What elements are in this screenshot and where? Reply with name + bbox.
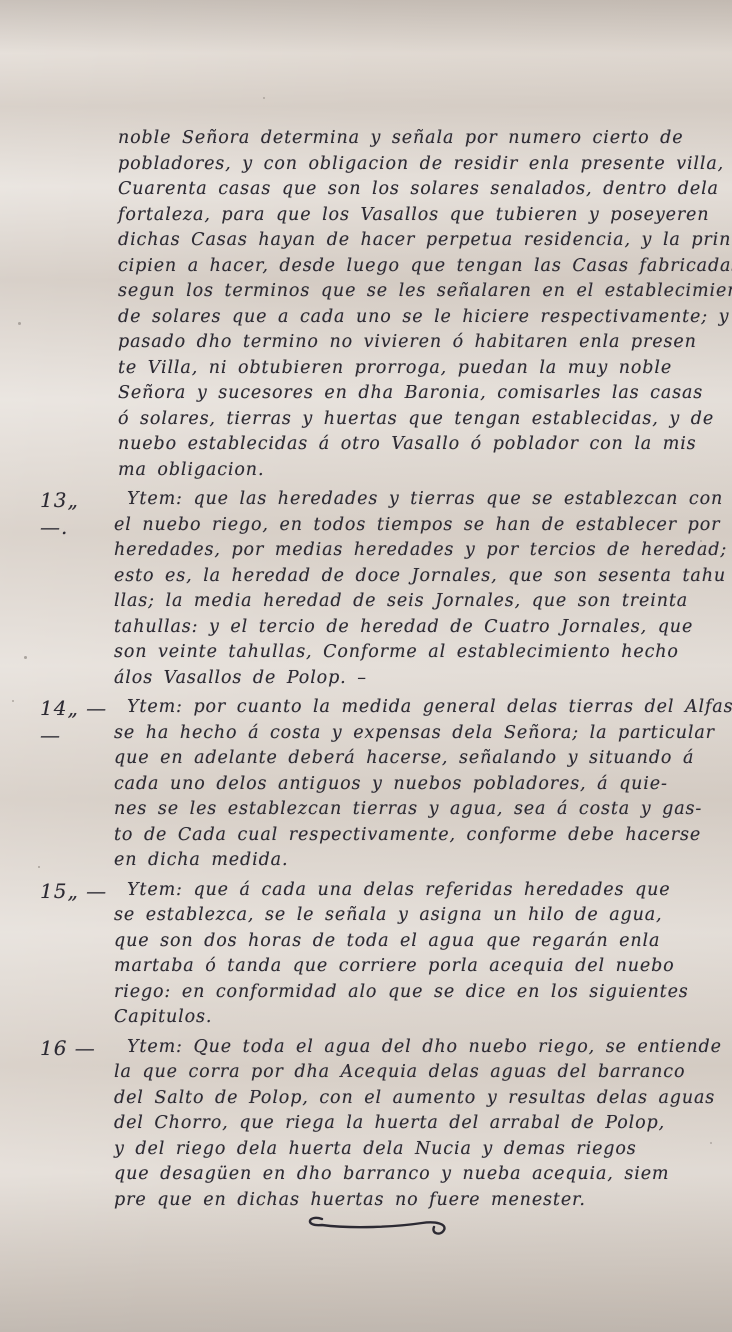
manuscript-line: y del riego dela huerta dela Nucia y dem…: [114, 1137, 732, 1163]
end-flourish-mark: [300, 1208, 460, 1238]
manuscript-line: dichas Casas hayan de hacer perpetua res…: [118, 228, 732, 254]
manuscript-line: segun los terminos que se les señalaren …: [118, 279, 732, 305]
manuscript-page: noble Señora determina y señala por nume…: [0, 0, 732, 1332]
manuscript-line: que son dos horas de toda el agua que re…: [114, 929, 732, 955]
paper-speck: [18, 322, 21, 325]
manuscript-line: cipien a hacer, desde luego que tengan l…: [118, 254, 732, 280]
manuscript-line: la que corra por dha Acequia delas aguas…: [114, 1060, 732, 1086]
item-number: 13„ —.: [40, 487, 114, 691]
item-lines: Ytem: Que toda el agua del dho nuebo rie…: [114, 1035, 732, 1214]
manuscript-line: del Salto de Polop, con el aumento y res…: [114, 1086, 732, 1112]
manuscript-line: heredades, por medias heredades y por te…: [114, 538, 732, 564]
paper-speck: [24, 656, 27, 659]
paper-speck: [38, 866, 40, 868]
manuscript-line: fortaleza, para que los Vasallos que tub…: [118, 203, 732, 229]
manuscript-line: álos Vasallos de Polop. –: [114, 666, 732, 692]
paper-speck: [710, 1142, 712, 1144]
item-number: 14„ — —: [40, 695, 114, 874]
manuscript-line: de solares que a cada uno se le hiciere …: [118, 305, 732, 331]
paper-speck: [12, 700, 14, 702]
manuscript-line: se ha hecho á costa y expensas dela Seño…: [114, 721, 732, 747]
manuscript-line: esto es, la heredad de doce Jornales, qu…: [114, 564, 732, 590]
item-lines: Ytem: que á cada una delas referidas her…: [114, 878, 732, 1031]
manuscript-item-13: 13„ —.Ytem: que las heredades y tierras …: [0, 487, 732, 691]
manuscript-line: tahullas: y el tercio de heredad de Cuat…: [114, 615, 732, 641]
item-number: 16 —: [40, 1035, 114, 1214]
item-lines: Ytem: que las heredades y tierras que se…: [114, 487, 732, 691]
manuscript-line: Ytem: por cuanto la medida general delas…: [114, 695, 732, 721]
manuscript-item-16: 16 —Ytem: Que toda el agua del dho nuebo…: [0, 1035, 732, 1214]
item-lines: Ytem: por cuanto la medida general delas…: [114, 695, 732, 874]
manuscript-line: Ytem: Que toda el agua del dho nuebo rie…: [114, 1035, 732, 1061]
manuscript-line: martaba ó tanda que corriere porla acequ…: [114, 954, 732, 980]
items-container: 13„ —.Ytem: que las heredades y tierras …: [0, 487, 732, 1213]
manuscript-line: riego: en conformidad alo que se dice en…: [114, 980, 732, 1006]
manuscript-text-block: noble Señora determina y señala por nume…: [0, 126, 732, 1213]
paper-speck: [263, 97, 265, 99]
manuscript-line: en dicha medida.: [114, 848, 732, 874]
manuscript-line: Ytem: que á cada una delas referidas her…: [114, 878, 732, 904]
manuscript-line: nuebo establecidas á otro Vasallo ó pobl…: [118, 432, 732, 458]
manuscript-line: Ytem: que las heredades y tierras que se…: [114, 487, 732, 513]
paper-speck: [700, 540, 702, 542]
manuscript-item-14: 14„ — —Ytem: por cuanto la medida genera…: [0, 695, 732, 874]
manuscript-line: que desagüen en dho barranco y nueba ace…: [114, 1162, 732, 1188]
manuscript-line: nes se les establezcan tierras y agua, s…: [114, 797, 732, 823]
manuscript-line: to de Cada cual respectivamente, conform…: [114, 823, 732, 849]
manuscript-line: pobladores, y con obligacion de residir …: [118, 152, 732, 178]
manuscript-item-15: 15„ —Ytem: que á cada una delas referida…: [0, 878, 732, 1031]
manuscript-line: que en adelante deberá hacerse, señaland…: [114, 746, 732, 772]
manuscript-line: Capitulos.: [114, 1005, 732, 1031]
manuscript-line: el nuebo riego, en todos tiempos se han …: [114, 513, 732, 539]
flourish-icon: [300, 1208, 460, 1238]
manuscript-line: Señora y sucesores en dha Baronia, comis…: [118, 381, 732, 407]
manuscript-line: del Chorro, que riega la huerta del arra…: [114, 1111, 732, 1137]
item-number: 15„ —: [40, 878, 114, 1031]
manuscript-line: llas; la media heredad de seis Jornales,…: [114, 589, 732, 615]
manuscript-line: son veinte tahullas, Conforme al estable…: [114, 640, 732, 666]
manuscript-line: noble Señora determina y señala por nume…: [118, 126, 732, 152]
manuscript-line: te Villa, ni obtubieren prorroga, puedan…: [118, 356, 732, 382]
continuation-paragraph: noble Señora determina y señala por nume…: [118, 126, 732, 483]
manuscript-line: ó solares, tierras y huertas que tengan …: [118, 407, 732, 433]
manuscript-line: Cuarenta casas que son los solares senal…: [118, 177, 732, 203]
manuscript-line: pasado dho termino no vivieren ó habitar…: [118, 330, 732, 356]
manuscript-line: cada uno delos antiguos y nuebos poblado…: [114, 772, 732, 798]
manuscript-line: ma obligacion.: [118, 458, 732, 484]
manuscript-line: se establezca, se le señala y asigna un …: [114, 903, 732, 929]
